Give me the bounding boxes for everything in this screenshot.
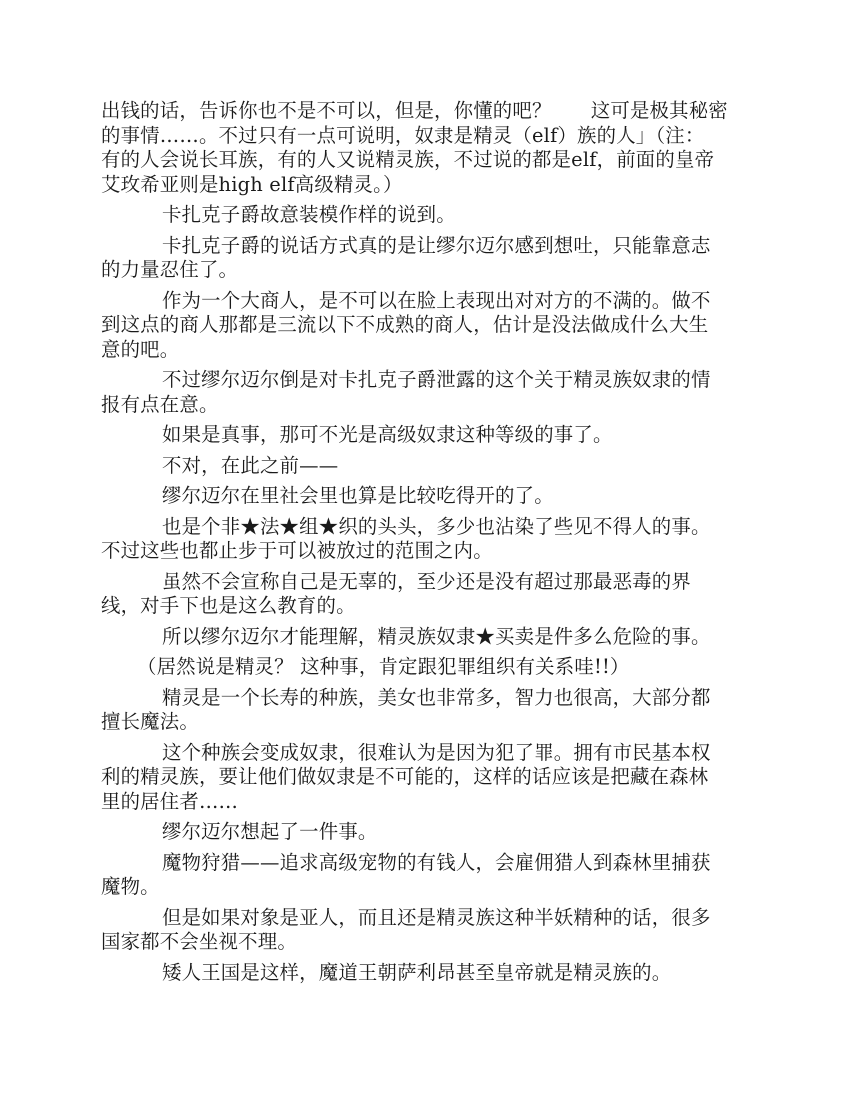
- text-line: 缪尔迈尔在里社会里也算是比较吃得开的了。: [101, 484, 751, 509]
- text-line: 缪尔迈尔想起了一件事。: [101, 820, 751, 845]
- paragraph: 精灵是一个长寿的种族，美女也非常多，智力也很高，大部分都 擅长魔法。: [101, 686, 751, 735]
- text-line: 作为一个大商人，是不可以在脸上表现出对对方的不满的。做不: [101, 289, 751, 314]
- text-line: 意的吧。: [101, 338, 751, 363]
- paragraph: 作为一个大商人，是不可以在脸上表现出对对方的不满的。做不 到这点的商人那都是三流…: [101, 289, 751, 363]
- text-line: 的事情……。不过只有一点可说明，奴隶是精灵（elf）族的人」（注：: [101, 124, 751, 149]
- text-line: 卡扎克子爵的说话方式真的是让缪尔迈尔感到想吐，只能靠意志: [101, 234, 751, 259]
- text-line: 里的居住者……: [101, 790, 751, 815]
- paragraph: 卡扎克子爵故意装模作样的说到。: [101, 203, 751, 228]
- text-line: 的力量忍住了。: [101, 258, 751, 283]
- text-line: 虽然不会宣称自己是无辜的，至少还是没有超过那最恶毒的界: [101, 570, 751, 595]
- text-line: 国家都不会坐视不理。: [101, 930, 751, 955]
- text-line: 这个种族会变成奴隶，很难认为是因为犯了罪。拥有市民基本权: [101, 741, 751, 766]
- paragraph: 不过缪尔迈尔倒是对卡扎克子爵泄露的这个关于精灵族奴隶的情 报有点在意。: [101, 368, 751, 417]
- paragraph: 缪尔迈尔在里社会里也算是比较吃得开的了。: [101, 484, 751, 509]
- paragraph: 如果是真事，那可不光是高级奴隶这种等级的事了。: [101, 423, 751, 448]
- text-line: 也是个非★法★组★织的头头，多少也沾染了些见不得人的事。: [101, 515, 751, 540]
- text-line: 到这点的商人那都是三流以下不成熟的商人，估计是没法做成什么大生: [101, 313, 751, 338]
- text-line: （居然说是精灵？ 这种事，肯定跟犯罪组织有关系哇!!）: [101, 655, 751, 680]
- document-page: 出钱的话，告诉你也不是不可以，但是，你懂的吧？ 这可是极其秘密 的事情……。不过…: [101, 99, 751, 991]
- text-line: 不对，在此之前——: [101, 454, 751, 479]
- paragraph: 也是个非★法★组★织的头头，多少也沾染了些见不得人的事。 不过这些也都止步于可以…: [101, 515, 751, 564]
- paragraph: 卡扎克子爵的说话方式真的是让缪尔迈尔感到想吐，只能靠意志 的力量忍住了。: [101, 234, 751, 283]
- paragraph: 但是如果对象是亚人，而且还是精灵族这种半妖精种的话，很多 国家都不会坐视不理。: [101, 906, 751, 955]
- paragraph: 所以缪尔迈尔才能理解，精灵族奴隶★买卖是件多么危险的事。: [101, 625, 751, 650]
- text-line: 利的精灵族，要让他们做奴隶是不可能的，这样的话应该是把藏在森林: [101, 765, 751, 790]
- paragraph: 虽然不会宣称自己是无辜的，至少还是没有超过那最恶毒的界 线，对手下也是这么教育的…: [101, 570, 751, 619]
- text-line: 卡扎克子爵故意装模作样的说到。: [101, 203, 751, 228]
- text-line: 擅长魔法。: [101, 710, 751, 735]
- paragraph: 出钱的话，告诉你也不是不可以，但是，你懂的吧？ 这可是极其秘密 的事情……。不过…: [101, 99, 751, 197]
- text-line: 魔物狩猎——追求高级宠物的有钱人，会雇佣猎人到森林里捕获: [101, 851, 751, 876]
- paragraph: 不对，在此之前——: [101, 454, 751, 479]
- text-line: 精灵是一个长寿的种族，美女也非常多，智力也很高，大部分都: [101, 686, 751, 711]
- text-line: 矮人王国是这样，魔道王朝萨利昂甚至皇帝就是精灵族的。: [101, 961, 751, 986]
- text-line: 魔物。: [101, 875, 751, 900]
- text-line: 有的人会说长耳族，有的人又说精灵族，不过说的都是elf，前面的皇帝: [101, 148, 751, 173]
- paragraph: 这个种族会变成奴隶，很难认为是因为犯了罪。拥有市民基本权 利的精灵族，要让他们做…: [101, 741, 751, 815]
- text-line: 不过这些也都止步于可以被放过的范围之内。: [101, 539, 751, 564]
- text-line: 艾玫希亚则是high elf高级精灵。）: [101, 173, 751, 198]
- paragraph: 矮人王国是这样，魔道王朝萨利昂甚至皇帝就是精灵族的。: [101, 961, 751, 986]
- text-line: 但是如果对象是亚人，而且还是精灵族这种半妖精种的话，很多: [101, 906, 751, 931]
- paragraph: （居然说是精灵？ 这种事，肯定跟犯罪组织有关系哇!!）: [101, 655, 751, 680]
- text-line: 如果是真事，那可不光是高级奴隶这种等级的事了。: [101, 423, 751, 448]
- text-line: 线，对手下也是这么教育的。: [101, 594, 751, 619]
- paragraph: 魔物狩猎——追求高级宠物的有钱人，会雇佣猎人到森林里捕获 魔物。: [101, 851, 751, 900]
- text-line: 报有点在意。: [101, 393, 751, 418]
- text-line: 所以缪尔迈尔才能理解，精灵族奴隶★买卖是件多么危险的事。: [101, 625, 751, 650]
- text-line: 不过缪尔迈尔倒是对卡扎克子爵泄露的这个关于精灵族奴隶的情: [101, 368, 751, 393]
- text-line: 出钱的话，告诉你也不是不可以，但是，你懂的吧？ 这可是极其秘密: [101, 99, 751, 124]
- paragraph: 缪尔迈尔想起了一件事。: [101, 820, 751, 845]
